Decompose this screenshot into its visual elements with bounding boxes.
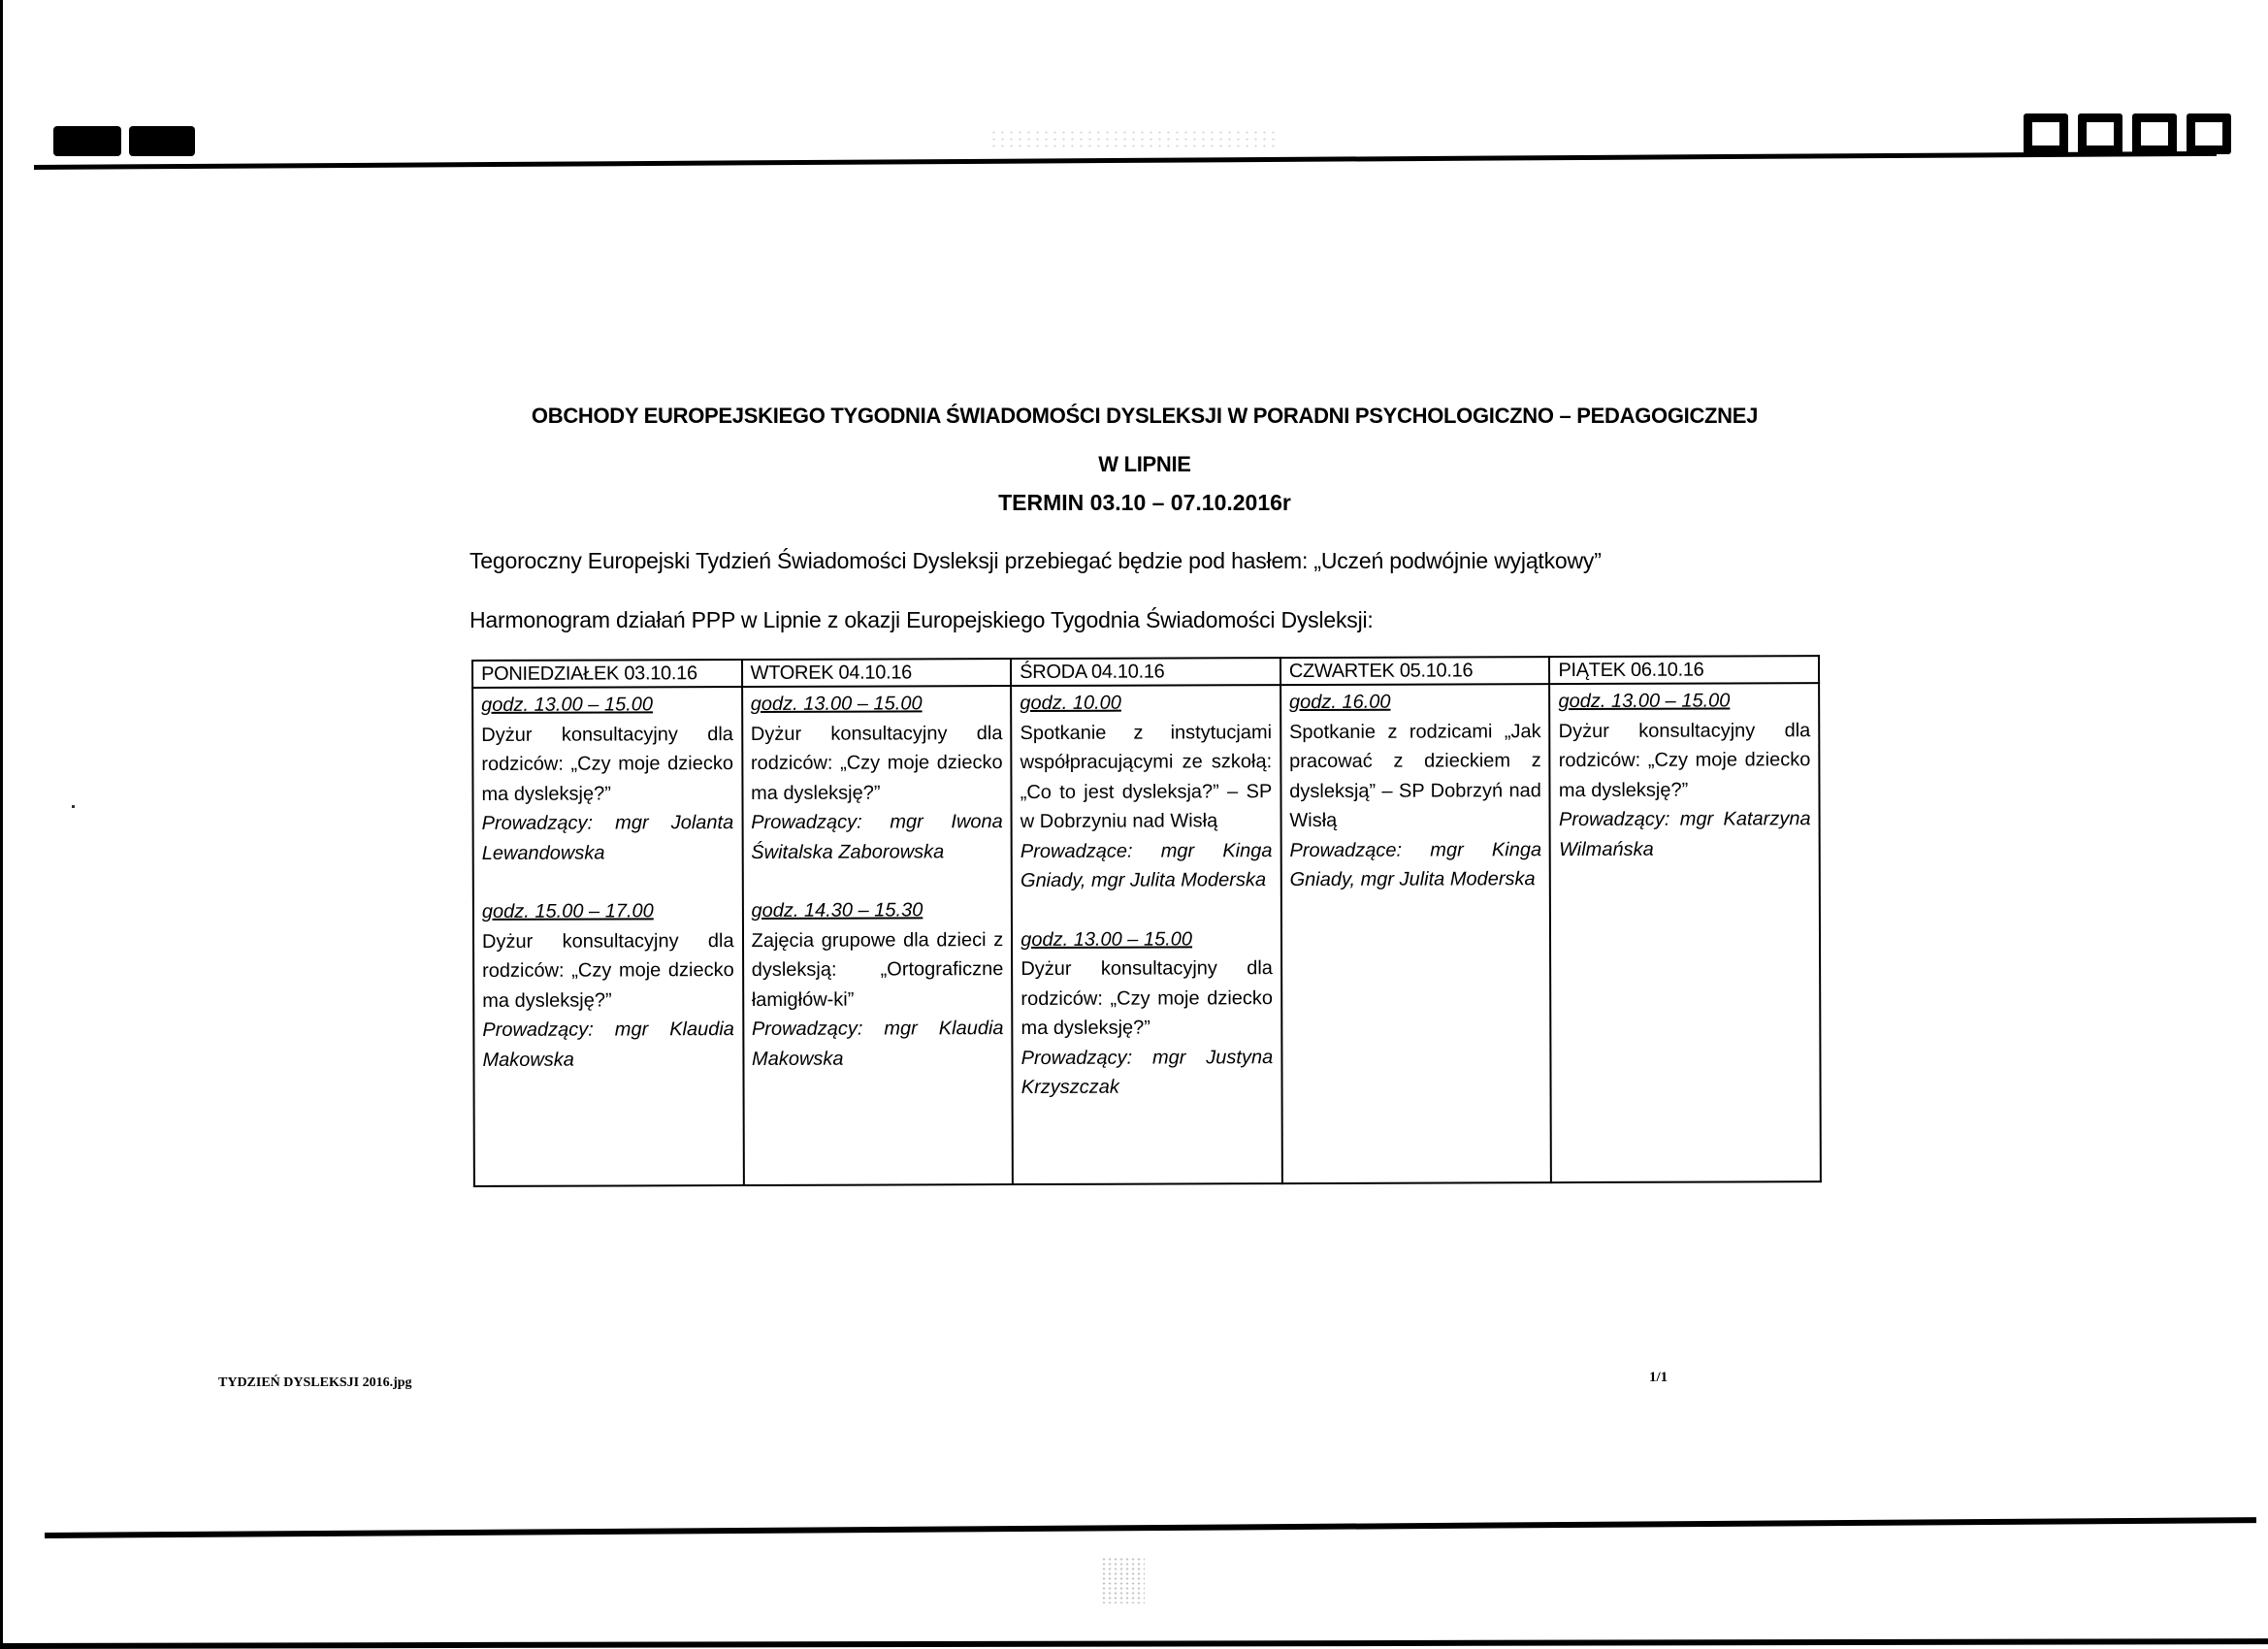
day-header: CZWARTEK 05.10.16 <box>1280 657 1550 685</box>
entry-time: godz. 16.00 <box>1289 687 1541 717</box>
square-icon <box>2024 113 2068 154</box>
entry-time: godz. 13.00 – 15.00 <box>751 689 1003 719</box>
entry-description: Dyżur konsultacyjny dla rodziców: „Czy m… <box>1021 954 1273 1043</box>
entry-time: godz. 13.00 – 15.00 <box>1558 686 1810 716</box>
day-header: WTOREK 04.10.16 <box>742 659 1012 687</box>
entry-description: Spotkanie z instytucjami współpracującym… <box>1020 718 1272 837</box>
entry-description: Dyżur konsultacyjny dla rodziców: „Czy m… <box>751 719 1003 808</box>
schedule-table: PONIEDZIAŁEK 03.10.16WTOREK 04.10.16ŚROD… <box>471 655 1822 1187</box>
entry-description: Dyżur konsultacyjny dla rodziców: „Czy m… <box>1559 716 1811 805</box>
entry-lead: Prowadzące: mgr Kinga Gniady, mgr Julita… <box>1021 836 1273 896</box>
entry-time: godz. 13.00 – 15.00 <box>481 690 733 720</box>
entry-lead: Prowadzący: mgr Katarzyna Wilmańska <box>1559 804 1811 864</box>
schedule-entry: godz. 13.00 – 15.00Dyżur konsultacyjny d… <box>1558 686 1810 864</box>
schedule-entry: godz. 10.00Spotkanie z instytucjami wspó… <box>1020 688 1272 895</box>
entry-lead: Prowadzący: mgr Jolanta Lewandowska <box>482 808 734 868</box>
header-square-icons <box>2024 113 2231 154</box>
day-header: ŚRODA 04.10.16 <box>1011 658 1280 686</box>
footer-page-number: 1/1 <box>1649 1370 1668 1386</box>
schedule-intro: Harmonogram działań PPP w Lipnie z okazj… <box>470 607 1374 633</box>
title-line-1: OBCHODY EUROPEJSKIEGO TYGODNIA ŚWIADOMOŚ… <box>407 392 1882 440</box>
title-line-2: W LIPNIE <box>407 440 1882 489</box>
footer-rule <box>45 1517 2256 1538</box>
schedule-entry: godz. 13.00 – 15.00Dyżur konsultacyjny d… <box>751 689 1003 867</box>
document-title: OBCHODY EUROPEJSKIEGO TYGODNIA ŚWIADOMOŚ… <box>407 392 1882 489</box>
scan-edge <box>0 0 3 1649</box>
schedule-entry: godz. 13.00 – 15.00Dyżur konsultacyjny d… <box>1021 924 1273 1103</box>
day-cell: godz. 16.00Spotkanie z rodzicami „Jak pr… <box>1280 684 1551 1183</box>
day-cell: godz. 10.00Spotkanie z instytucjami wspó… <box>1011 685 1281 1184</box>
schedule-entry: godz. 13.00 – 15.00Dyżur konsultacyjny d… <box>481 690 733 868</box>
schedule-entry: godz. 15.00 – 17.00Dyżur konsultacyjny d… <box>482 896 734 1075</box>
square-icon <box>2187 113 2231 154</box>
header-rule <box>34 151 2217 170</box>
entry-lead: Prowadzące: mgr Kinga Gniady, mgr Julita… <box>1289 835 1541 895</box>
day-cell: godz. 13.00 – 15.00Dyżur konsultacyjny d… <box>1549 683 1820 1182</box>
entry-time: godz. 10.00 <box>1020 688 1272 718</box>
entry-lead: Prowadzący: mgr Klaudia Makowska <box>752 1014 1004 1074</box>
square-icon <box>2078 113 2122 154</box>
schedule-body-row: godz. 13.00 – 15.00Dyżur konsultacyjny d… <box>472 683 1821 1186</box>
entry-time: godz. 15.00 – 17.00 <box>482 896 734 926</box>
entry-lead: Prowadzący: mgr Klaudia Makowska <box>482 1015 734 1075</box>
footer-filename: TYDZIEŃ DYSLEKSJI 2016.jpg <box>218 1375 412 1391</box>
redaction-block <box>53 126 121 156</box>
illegible-header-text <box>989 129 1280 150</box>
scan-speck <box>72 805 75 808</box>
day-header: PIĄTEK 06.10.16 <box>1549 656 1819 684</box>
entry-lead: Prowadzący: mgr Iwona Świtalska Zaborows… <box>751 807 1003 867</box>
day-cell: godz. 13.00 – 15.00Dyżur konsultacyjny d… <box>472 687 743 1186</box>
entry-description: Spotkanie z rodzicami „Jak pracować z dz… <box>1289 717 1541 836</box>
day-header: PONIEDZIAŁEK 03.10.16 <box>472 660 742 688</box>
schedule-entry: godz. 16.00Spotkanie z rodzicami „Jak pr… <box>1289 687 1541 894</box>
day-cell: godz. 13.00 – 15.00Dyżur konsultacyjny d… <box>742 686 1013 1185</box>
scan-edge <box>0 1638 2268 1649</box>
illegible-stamp <box>1101 1557 1145 1603</box>
entry-time: godz. 14.30 – 15.30 <box>751 895 1003 925</box>
redaction-block <box>129 126 195 156</box>
entry-lead: Prowadzący: mgr Justyna Krzyszczak <box>1021 1043 1274 1103</box>
intro-paragraph: Tegoroczny Europejski Tydzień Świadomośc… <box>470 548 1602 574</box>
entry-time: godz. 13.00 – 15.00 <box>1021 924 1273 954</box>
square-icon <box>2132 113 2177 154</box>
schedule-entry: godz. 14.30 – 15.30Zajęcia grupowe dla d… <box>751 895 1003 1074</box>
entry-description: Zajęcia grupowe dla dzieci z dysleksją: … <box>752 925 1004 1015</box>
entry-description: Dyżur konsultacyjny dla rodziców: „Czy m… <box>482 926 734 1016</box>
entry-description: Dyżur konsultacyjny dla rodziców: „Czy m… <box>481 720 733 809</box>
document-term: TERMIN 03.10 – 07.10.2016r <box>407 490 1882 516</box>
